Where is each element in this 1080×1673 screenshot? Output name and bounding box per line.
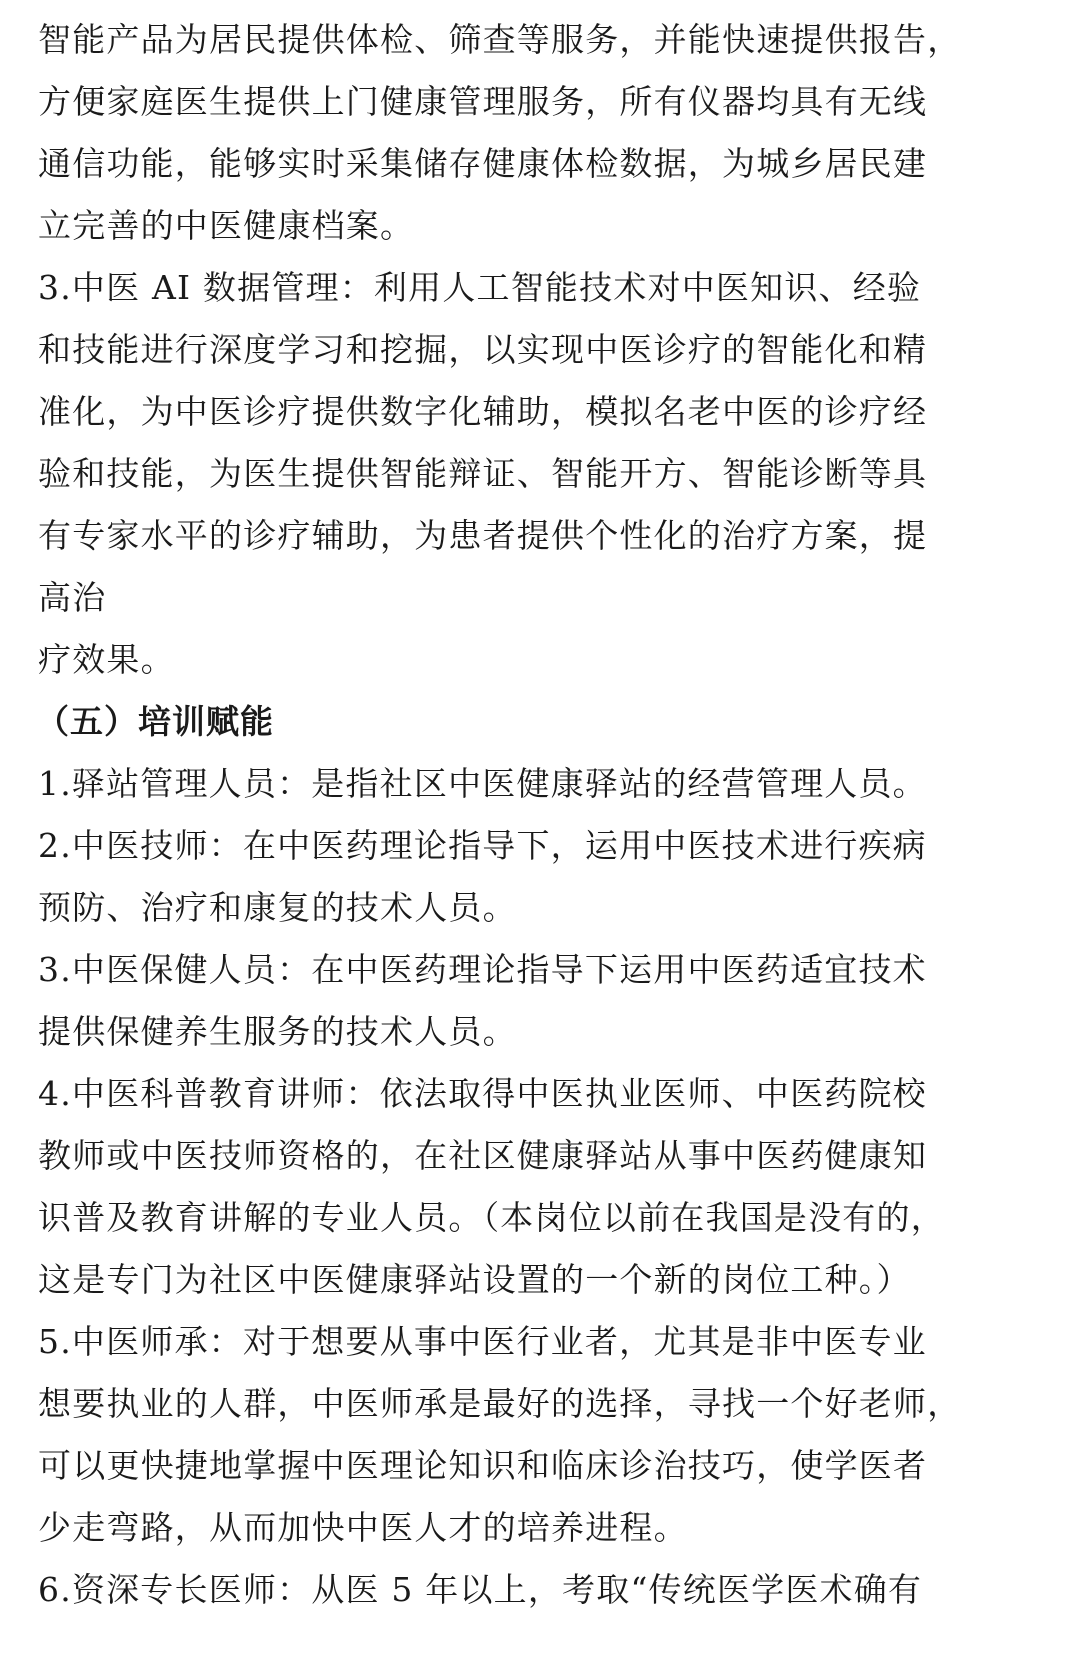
text-line: 可以更快捷地掌握中医理论知识和临床诊治技巧，使学医者 xyxy=(38,1446,1048,1486)
text-line: 识普及教育讲解的专业人员。（本岗位以前在我国是没有的， xyxy=(38,1198,1048,1238)
text-line: 准化，为中医诊疗提供数字化辅助，模拟名老中医的诊疗经 xyxy=(38,392,1048,432)
text-line: 5.中医师承：对于想要从事中医行业者，尤其是非中医专业 xyxy=(38,1322,1048,1362)
text-line: 高治 xyxy=(38,578,1048,618)
text-line: 疗效果。 xyxy=(38,640,1048,680)
text-line: 少走弯路，从而加快中医人才的培养进程。 xyxy=(38,1508,1048,1548)
text-line: 通信功能，能够实时采集储存健康体检数据，为城乡居民建 xyxy=(38,144,1048,184)
text-line: 有专家水平的诊疗辅助，为患者提供个性化的治疗方案，提 xyxy=(38,516,1048,556)
text-line: 方便家庭医生提供上门健康管理服务，所有仪器均具有无线 xyxy=(38,82,1048,122)
text-line: 4.中医科普教育讲师：依法取得中医执业医师、中医药院校 xyxy=(38,1074,1048,1114)
text-line: 想要执业的人群，中医师承是最好的选择，寻找一个好老师， xyxy=(38,1384,1048,1424)
text-line: 6.资深专长医师：从医 5 年以上，考取“传统医学医术确有 xyxy=(38,1570,1048,1610)
text-line: 和技能进行深度学习和挖掘，以实现中医诊疗的智能化和精 xyxy=(38,330,1048,370)
text-line: 3.中医保健人员：在中医药理论指导下运用中医药适宜技术 xyxy=(38,950,1048,990)
document-page: 智能产品为居民提供体检、筛查等服务，并能快速提供报告， 方便家庭医生提供上门健康… xyxy=(0,0,1080,1673)
text-line: 教师或中医技师资格的，在社区健康驿站从事中医药健康知 xyxy=(38,1136,1048,1176)
text-line: 立完善的中医健康档案。 xyxy=(38,206,1048,246)
text-line: 预防、治疗和康复的技术人员。 xyxy=(38,888,1048,928)
text-line: 这是专门为社区中医健康驿站设置的一个新的岗位工种。） xyxy=(38,1260,1048,1300)
text-line: 1.驿站管理人员：是指社区中医健康驿站的经营管理人员。 xyxy=(38,764,1048,804)
text-line: 验和技能，为医生提供智能辩证、智能开方、智能诊断等具 xyxy=(38,454,1048,494)
text-line: 2.中医技师：在中医药理论指导下，运用中医技术进行疾病 xyxy=(38,826,1048,866)
text-line: 智能产品为居民提供体检、筛查等服务，并能快速提供报告， xyxy=(38,20,1048,60)
text-line: 提供保健养生服务的技术人员。 xyxy=(38,1012,1048,1052)
section-heading: （五）培训赋能 xyxy=(36,702,1046,742)
text-line: 3.中医 AI 数据管理：利用人工智能技术对中医知识、经验 xyxy=(38,268,1048,308)
